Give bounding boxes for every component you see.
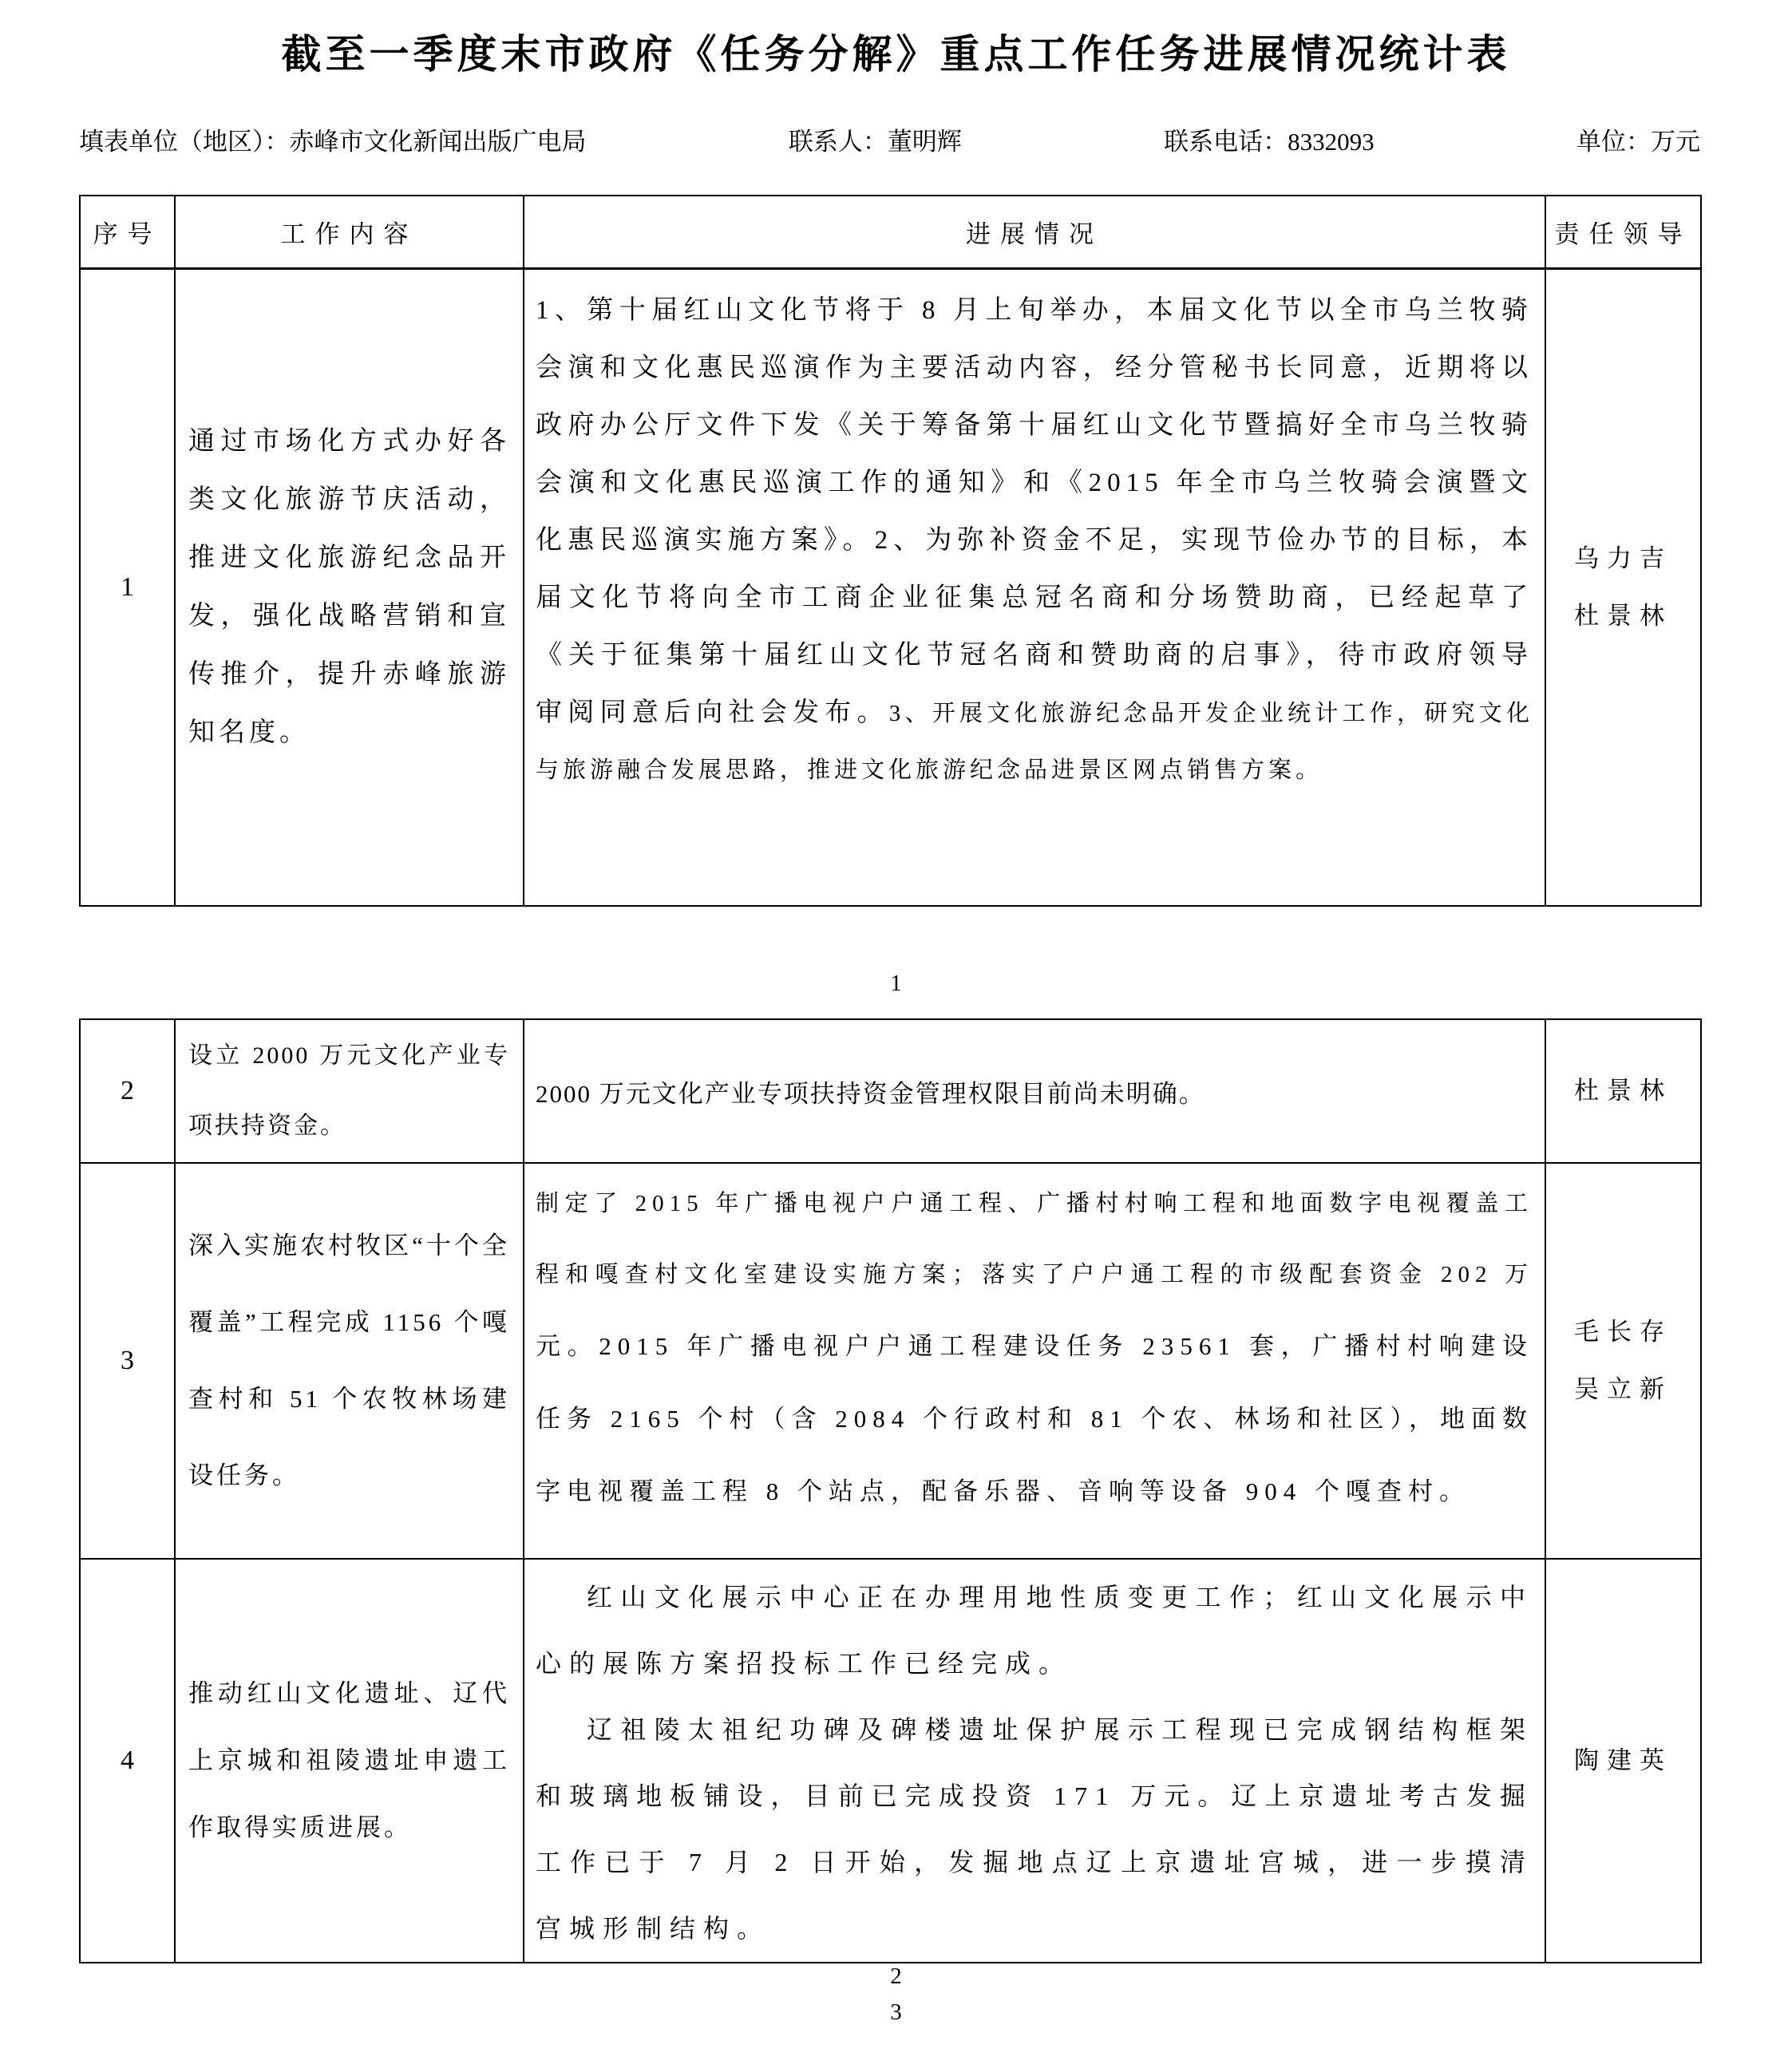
row-number-cell: 4 xyxy=(80,1559,175,1963)
meta-phone: 联系电话：8332093 xyxy=(1164,121,1375,157)
header-work-content: 工作内容 xyxy=(175,196,524,269)
table-row: 4 推动红山文化遗址、辽代上京城和祖陵遗址申遗工作取得实质进展。 红山文化展示中… xyxy=(80,1559,1701,1963)
progress-cell: 制定了 2015 年广播电视户户通工程、广播村村响工程和地面数字电视覆盖工程和嘎… xyxy=(524,1163,1545,1559)
leader-cell: 陶建英 xyxy=(1545,1559,1701,1963)
leader-cell: 杜景林 xyxy=(1545,1019,1701,1163)
leader-name: 毛长存 xyxy=(1547,1303,1699,1361)
progress-text-large: 元。2015 年广播电视户户通工程建设任务 23561 套，广播村村响建设任务 … xyxy=(536,1332,1533,1505)
table-row: 3 深入实施农村牧区“十个全覆盖”工程完成 1156 个嘎查村和 51 个农牧林… xyxy=(80,1163,1701,1559)
leader-name: 吴立新 xyxy=(1547,1361,1699,1418)
progress-cell: 2000 万元文化产业专项扶持资金管理权限目前尚未明确。 xyxy=(524,1019,1545,1163)
progress-cell: 1、第十届红山文化节将于 8 月上旬举办，本届文化节以全市乌兰牧骑会演和文化惠民… xyxy=(524,269,1545,906)
row-number-cell: 1 xyxy=(80,269,175,906)
page-title: 截至一季度末市政府《任务分解》重点工作任务进展情况统计表 xyxy=(0,22,1792,80)
page-number-3: 3 xyxy=(0,1999,1792,2026)
meta-row: 填表单位（地区）：赤峰市文化新闻出版广电局 联系人：董明辉 联系电话：83320… xyxy=(79,121,1700,157)
table-row: 1 通过市场化方式办好各类文化旅游节庆活动，推进文化旅游纪念品开发，强化战略营销… xyxy=(80,269,1701,906)
document-page: 截至一季度末市政府《任务分解》重点工作任务进展情况统计表 填表单位（地区）：赤峰… xyxy=(0,0,1792,2072)
progress-text-small: 制定了 2015 年广播电视户户通工程、广播村村响工程和地面数字电视覆盖工程和嘎… xyxy=(536,1191,1533,1287)
leader-name: 杜景林 xyxy=(1547,1062,1699,1120)
work-content-cell: 深入实施农村牧区“十个全覆盖”工程完成 1156 个嘎查村和 51 个农牧林场建… xyxy=(175,1163,524,1559)
work-content-cell: 通过市场化方式办好各类文化旅游节庆活动，推进文化旅游纪念品开发，强化战略营销和宣… xyxy=(175,269,524,906)
leader-cell: 乌力吉 杜景林 xyxy=(1545,269,1701,906)
leader-name: 杜景林 xyxy=(1547,587,1699,645)
row-number-cell: 2 xyxy=(80,1019,175,1163)
leader-cell: 毛长存 吴立新 xyxy=(1545,1163,1701,1559)
progress-cell: 红山文化展示中心正在办理用地性质变更工作；红山文化展示中心的展陈方案招投标工作已… xyxy=(524,1559,1545,1963)
table-header-row: 序号 工作内容 进展情况 责任领导 xyxy=(80,196,1701,269)
progress-table-page2: 2 设立 2000 万元文化产业专项扶持资金。 2000 万元文化产业专项扶持资… xyxy=(79,1018,1702,1963)
meta-currency: 单位：万元 xyxy=(1576,121,1700,157)
table-row: 2 设立 2000 万元文化产业专项扶持资金。 2000 万元文化产业专项扶持资… xyxy=(80,1019,1701,1163)
progress-text-large: 1、第十届红山文化节将于 8 月上旬举办，本届文化节以全市乌兰牧骑会演和文化惠民… xyxy=(536,296,1533,727)
progress-paragraph: 红山文化展示中心正在办理用地性质变更工作；红山文化展示中心的展陈方案招投标工作已… xyxy=(536,1564,1533,1697)
leader-name: 乌力吉 xyxy=(1547,530,1699,587)
header-responsible-leader: 责任领导 xyxy=(1545,196,1701,269)
work-content-cell: 推动红山文化遗址、辽代上京城和祖陵遗址申遗工作取得实质进展。 xyxy=(175,1559,524,1963)
progress-table-page1: 序号 工作内容 进展情况 责任领导 1 通过市场化方式办好各类文化旅游节庆活动，… xyxy=(79,195,1702,907)
progress-paragraph: 辽祖陵太祖纪功碑及碑楼遗址保护展示工程现已完成钢结构框架和玻璃地板铺设，目前已完… xyxy=(536,1697,1533,1962)
row-number-cell: 3 xyxy=(80,1163,175,1559)
work-content-cell: 设立 2000 万元文化产业专项扶持资金。 xyxy=(175,1019,524,1163)
page-number-1: 1 xyxy=(0,971,1792,997)
leader-name: 陶建英 xyxy=(1547,1732,1699,1789)
meta-contact: 联系人：董明辉 xyxy=(789,121,962,157)
page-number-2: 2 xyxy=(0,1963,1792,1990)
meta-unit: 填表单位（地区）：赤峰市文化新闻出版广电局 xyxy=(79,121,587,157)
header-progress: 进展情况 xyxy=(524,196,1545,269)
header-serial-number: 序号 xyxy=(80,196,175,269)
